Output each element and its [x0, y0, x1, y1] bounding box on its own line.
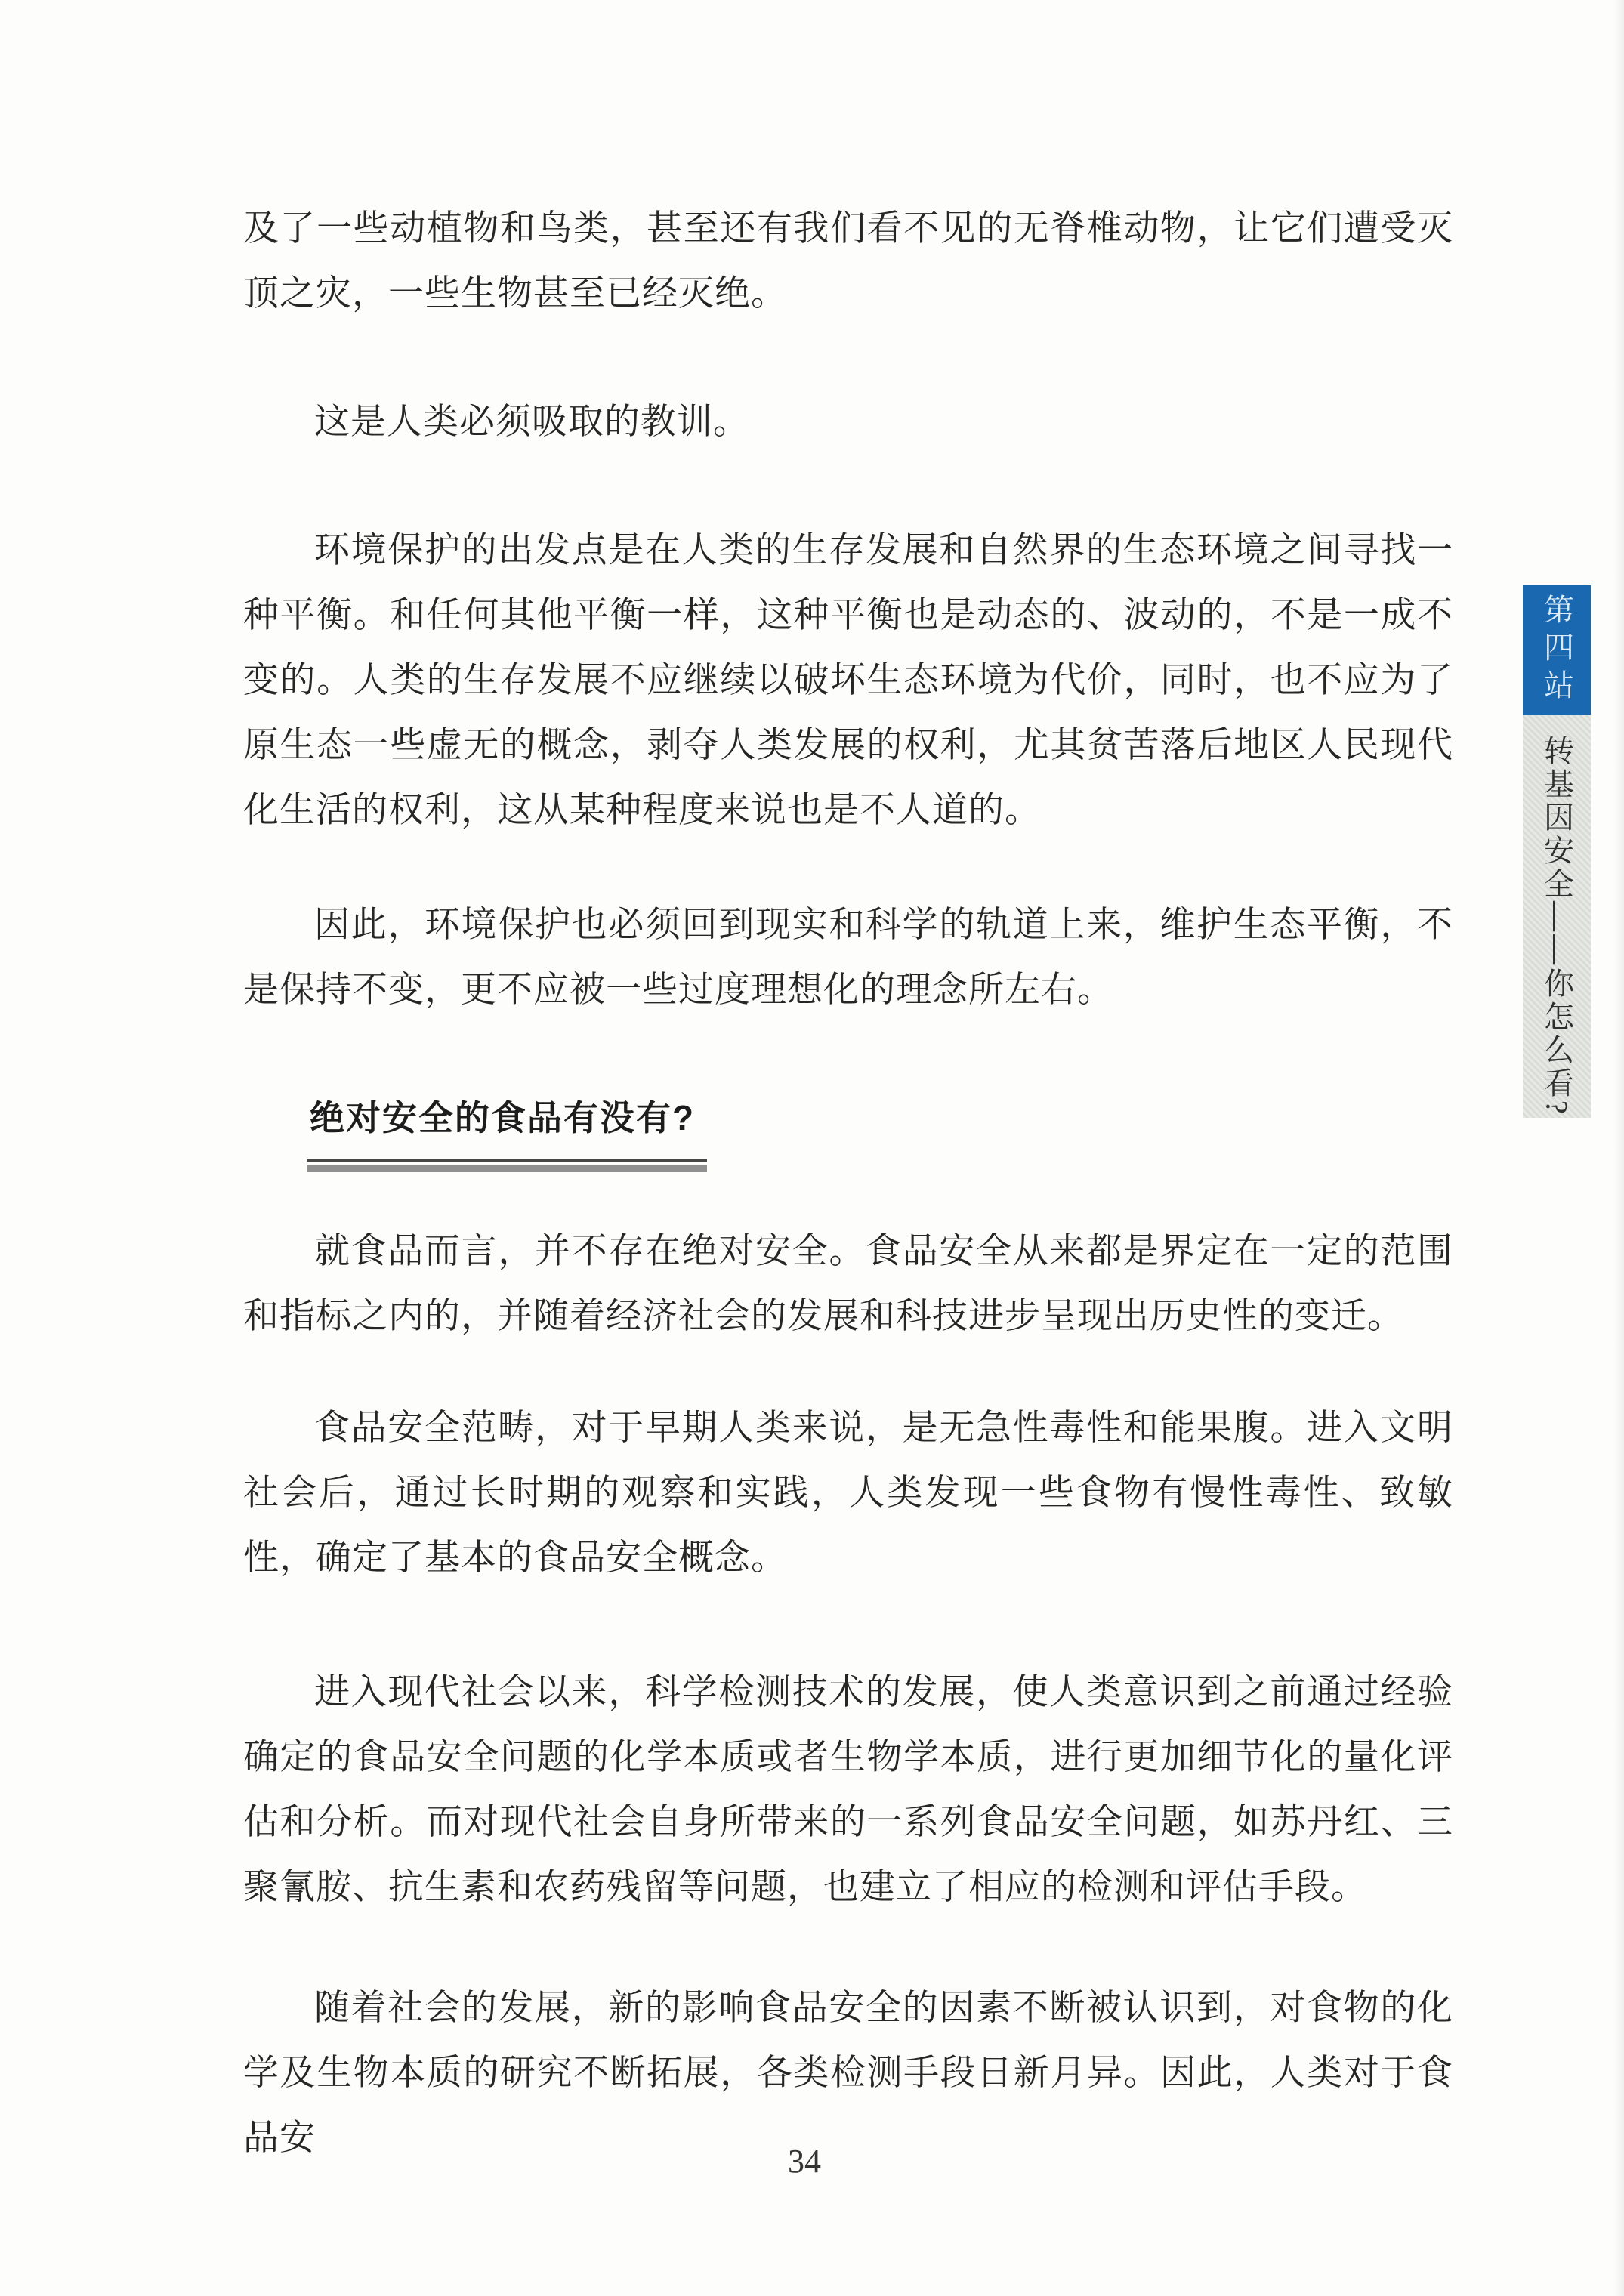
body-paragraph: 这是人类必须吸取的教训。 [243, 389, 1453, 454]
chapter-tab-station-label: 第四站 [1536, 594, 1579, 707]
chapter-tab-title: 转基因安全——你怎么看? [1523, 715, 1591, 1118]
page-edge-shadow [1613, 0, 1624, 2296]
chapter-tab-station: 第四站 [1523, 585, 1591, 715]
body-paragraph: 及了一些动植物和鸟类，甚至还有我们看不见的无脊椎动物，让它们遭受灭顶之灾，一些生… [243, 196, 1453, 326]
body-paragraph: 环境保护的出发点是在人类的生存发展和自然界的生态环境之间寻找一种平衡。和任何其他… [243, 517, 1453, 842]
body-paragraph: 因此，环境保护也必须回到现实和科学的轨道上来，维护生态平衡，不是保持不变，更不应… [243, 892, 1453, 1022]
section-heading: 绝对安全的食品有没有? [310, 1094, 1453, 1141]
body-paragraph: 随着社会的发展，新的影响食品安全的因素不断被认识到，对食物的化学及生物本质的研究… [243, 1975, 1453, 2170]
section-heading-block: 绝对安全的食品有没有? [243, 1094, 1453, 1172]
book-page: 及了一些动植物和鸟类，甚至还有我们看不见的无脊椎动物，让它们遭受灭顶之灾，一些生… [0, 0, 1624, 2296]
chapter-tab-title-label: 转基因安全——你怎么看? [1536, 735, 1579, 1118]
heading-underline-thick [307, 1165, 707, 1172]
body-paragraph: 进入现代社会以来，科学检测技术的发展，使人类意识到之前通过经验确定的食品安全问题… [243, 1659, 1453, 1919]
body-paragraph: 食品安全范畴，对于早期人类来说，是无急性毒性和能果腹。进入文明社会后，通过长时期… [243, 1395, 1453, 1590]
chapter-tab: 第四站 转基因安全——你怎么看? [1523, 585, 1591, 1118]
body-paragraph: 就食品而言，并不存在绝对安全。食品安全从来都是界定在一定的范围和指标之内的，并随… [243, 1218, 1453, 1348]
page-number: 34 [748, 2142, 861, 2180]
text-column: 及了一些动植物和鸟类，甚至还有我们看不见的无脊椎动物，让它们遭受灭顶之灾，一些生… [243, 0, 1453, 2170]
heading-underline [307, 1159, 707, 1172]
